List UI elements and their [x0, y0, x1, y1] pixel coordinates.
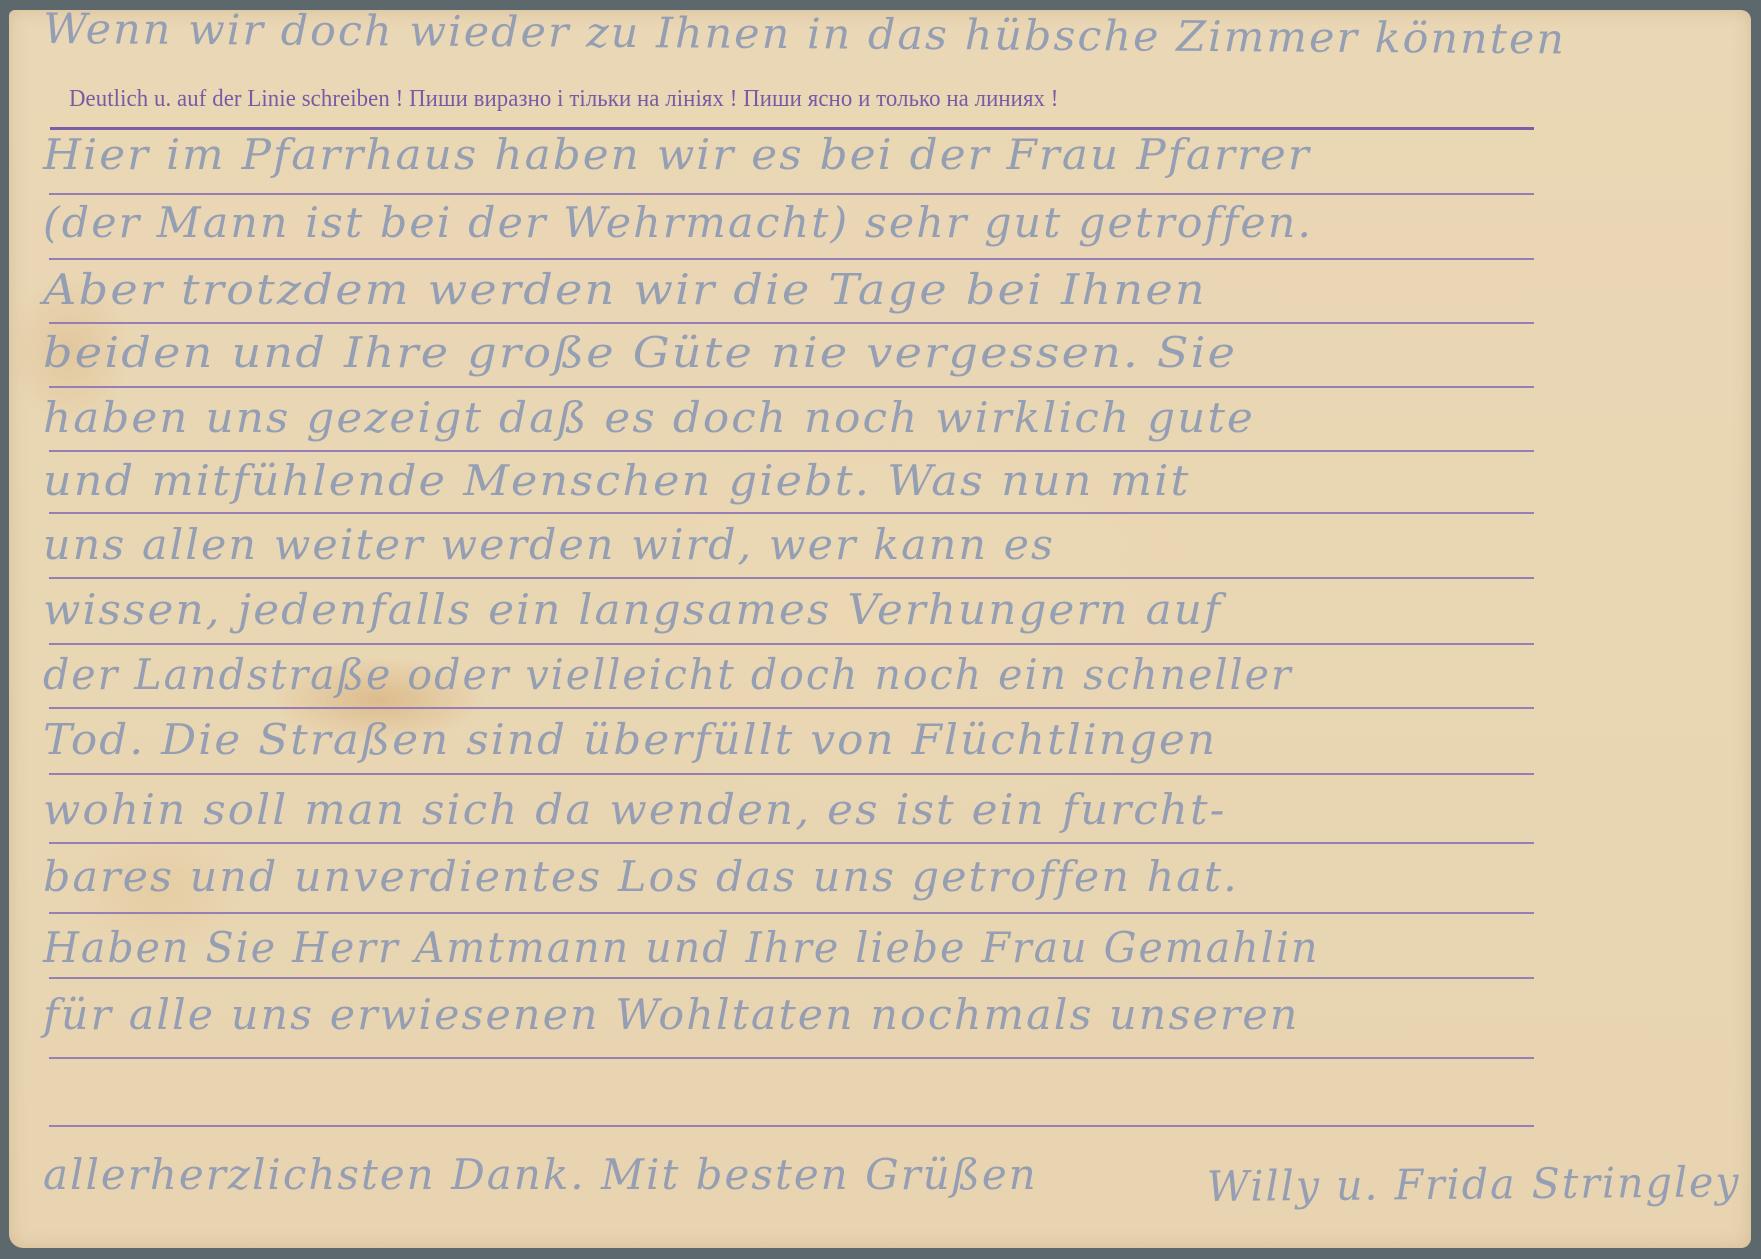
handwritten-line-12: wohin soll man sich da wenden, es ist ei…	[43, 785, 1226, 834]
printed-instruction-header: Deutlich u. auf der Linie schreiben ! Пи…	[69, 85, 1436, 113]
ruled-line	[49, 322, 1534, 324]
ruled-line	[49, 773, 1534, 775]
ruled-line	[49, 707, 1534, 709]
ruled-line	[49, 577, 1534, 579]
handwritten-line-4: Aber trotzdem werden wir die Tage bei Ih…	[43, 265, 1207, 314]
handwritten-line-2: Hier im Pfarrhaus haben wir es bei der F…	[43, 130, 1311, 179]
handwritten-line-13: bares und unverdientes Los das uns getro…	[43, 852, 1239, 901]
ruled-line	[49, 842, 1534, 844]
ruled-line	[49, 912, 1534, 914]
handwritten-line-7: und mitfühlende Menschen giebt. Was nun …	[43, 456, 1191, 505]
handwritten-line-15: für alle uns erwiesenen Wohltaten nochma…	[43, 990, 1299, 1039]
handwritten-line-10: der Landstraße oder vielleicht doch noch…	[43, 650, 1293, 699]
ruled-line	[49, 450, 1534, 452]
scan-background: Wenn wir doch wieder zu Ihnen in das hüb…	[0, 0, 1761, 1259]
postcard: Wenn wir doch wieder zu Ihnen in das hüb…	[9, 10, 1751, 1248]
ruled-line	[49, 1057, 1534, 1059]
ruled-line	[49, 643, 1534, 645]
handwritten-line-3: (der Mann ist bei der Wehrmacht) sehr gu…	[43, 198, 1313, 247]
handwritten-line-8: uns allen weiter werden wird, wer kann e…	[43, 520, 1055, 569]
signature: Willy u. Frida Stringley	[1207, 1157, 1741, 1211]
ruled-line	[49, 193, 1534, 195]
handwritten-line-1: Wenn wir doch wieder zu Ihnen in das hüb…	[43, 4, 1566, 63]
handwritten-line-5: beiden und Ihre große Güte nie vergessen…	[43, 328, 1237, 377]
ruled-line	[49, 977, 1534, 979]
handwritten-line-11: Tod. Die Straßen sind überfüllt von Flüc…	[43, 715, 1217, 764]
ruled-line	[49, 1125, 1534, 1127]
handwritten-line-9: wissen, jedenfalls ein langsames Verhung…	[43, 585, 1222, 634]
ruled-line	[49, 258, 1534, 260]
handwritten-line-6: haben uns gezeigt daß es doch noch wirkl…	[43, 393, 1255, 442]
handwritten-line-16: allerherzlichsten Dank. Mit besten Grüße…	[43, 1150, 1038, 1199]
ruled-line	[49, 386, 1534, 388]
ruled-line	[49, 512, 1534, 514]
handwritten-line-14: Haben Sie Herr Amtmann und Ihre liebe Fr…	[43, 923, 1319, 972]
